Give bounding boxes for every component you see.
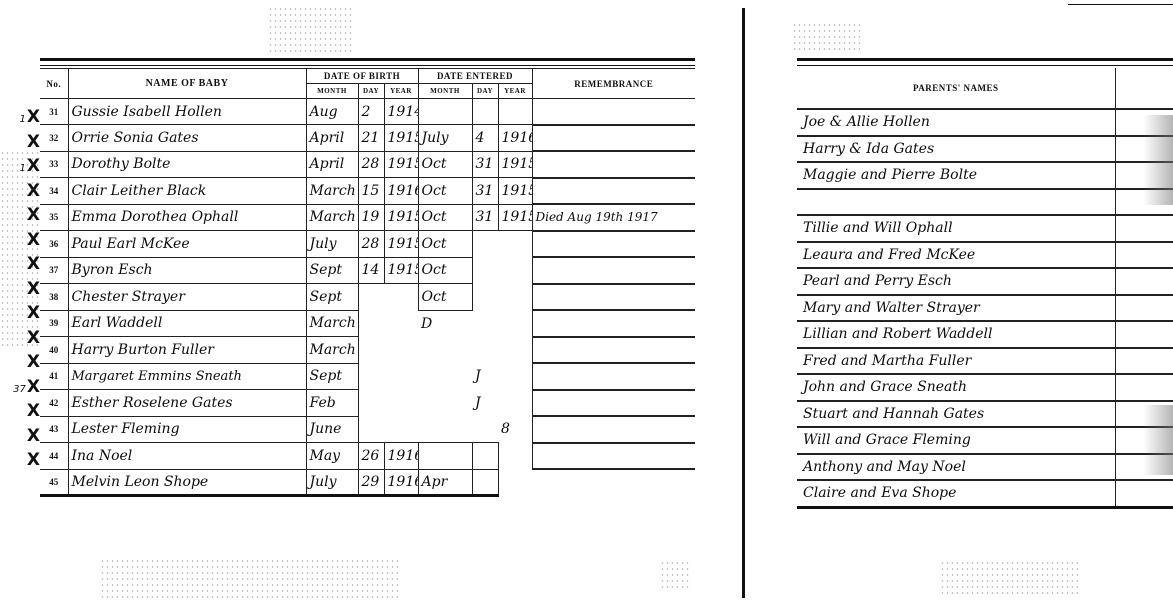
birth-month: Sept (306, 363, 358, 390)
entered-month: Oct (418, 204, 472, 231)
page-edge-shadow (1143, 115, 1173, 205)
remembrance (532, 310, 695, 337)
entered-day (472, 416, 498, 443)
birth-month: April (306, 151, 358, 178)
entered-month: Oct (418, 178, 472, 205)
register-row: 33 Dorothy Bolte April 28 1915 Oct 31 19… (40, 151, 695, 178)
entered-year (498, 363, 532, 390)
parents-name: Lillian and Robert Waddell (797, 321, 1115, 348)
entered-day: 4 (472, 125, 498, 152)
birth-year: 1916 (384, 469, 418, 496)
birth-year: 1915 (384, 125, 418, 152)
scan-noise (660, 560, 690, 588)
birth-day: 28 (358, 151, 384, 178)
page-edge-shadow (1143, 405, 1173, 475)
entered-year (498, 337, 532, 364)
remembrance (532, 443, 695, 470)
entry-number: 35 (40, 204, 68, 231)
register-row: 31 Gussie Isabell Hollen Aug 2 1914 (40, 99, 695, 125)
parents-row: Pearl and Perry Esch (797, 268, 1173, 295)
remembrance (532, 469, 695, 496)
header-entered-year: YEAR (498, 84, 532, 99)
entry-number: 39 (40, 310, 68, 337)
register-row: 40 Harry Burton Fuller March (40, 337, 695, 364)
ledger-scan: 1X X 1X X X X X X X X X 37X X X X No. (0, 0, 1173, 600)
header-birth-day: DAY (358, 84, 384, 99)
top-double-rule (40, 58, 695, 66)
baby-name: Dorothy Bolte (68, 151, 306, 178)
header-parents-names: PARENTS' NAMES (797, 68, 1115, 109)
birth-year: 1916 (384, 443, 418, 470)
birth-day (358, 363, 384, 390)
header-no: No. (40, 69, 68, 99)
entry-number: 41 (40, 363, 68, 390)
entered-year: 8 (498, 416, 532, 443)
register-row: 37 Byron Esch Sept 14 1915 Oct (40, 257, 695, 284)
birth-year (384, 310, 418, 337)
parents-name: Fred and Martha Fuller (797, 348, 1115, 375)
parents-row: Anthony and May Noel (797, 454, 1173, 481)
entered-day (472, 257, 498, 284)
remembrance (532, 390, 695, 417)
birth-day (358, 310, 384, 337)
birth-year: 1915 (384, 257, 418, 284)
parents-name: Harry & Ida Gates (797, 136, 1115, 163)
check-mark: X (6, 326, 40, 351)
birth-day: 15 (358, 178, 384, 205)
header-birth-year: YEAR (384, 84, 418, 99)
entered-day (472, 337, 498, 364)
parents-row: Claire and Eva Shope (797, 480, 1173, 507)
page-gutter (742, 8, 745, 598)
baby-name: Orrie Sonia Gates (68, 125, 306, 152)
parents-names-table: PARENTS' NAMES Joe & Allie Hollen Harry … (797, 58, 1173, 509)
entry-number: 37 (40, 257, 68, 284)
entered-month: D (418, 310, 472, 337)
parents-row: Stuart and Hannah Gates (797, 401, 1173, 428)
baby-name: Emma Dorothea Ophall (68, 204, 306, 231)
birth-year: 1916 (384, 178, 418, 205)
parents-row: Tillie and Will Ophall (797, 215, 1173, 242)
parents-name: Anthony and May Noel (797, 454, 1115, 481)
birth-day: 21 (358, 125, 384, 152)
birth-day (358, 416, 384, 443)
parents-row: Fred and Martha Fuller (797, 348, 1173, 375)
birth-year (384, 337, 418, 364)
check-mark: X (6, 130, 40, 155)
birth-day: 28 (358, 231, 384, 258)
register-row: 39 Earl Waddell March D (40, 310, 695, 337)
check-mark: X (6, 448, 40, 473)
extra-cell (1115, 242, 1173, 269)
extra-cell (1115, 374, 1173, 401)
entered-day (472, 99, 498, 125)
birth-month: Feb (306, 390, 358, 417)
register-row: 45 Melvin Leon Shope July 29 1916 Apr (40, 469, 695, 496)
header-date-entered: DATE ENTERED (418, 69, 532, 84)
baby-name: Paul Earl McKee (68, 231, 306, 258)
extra-cell (1115, 480, 1173, 507)
entered-month: Apr (418, 469, 472, 496)
birth-day (358, 390, 384, 417)
entry-number: 38 (40, 284, 68, 311)
baby-name: Margaret Emmins Sneath (68, 363, 306, 390)
remembrance: Died Aug 19th 1917 (532, 204, 695, 231)
entered-day: 31 (472, 204, 498, 231)
parents-name: Claire and Eva Shope (797, 480, 1115, 507)
entered-day: 31 (472, 178, 498, 205)
entered-year: 1915 (498, 151, 532, 178)
baby-name: Harry Burton Fuller (68, 337, 306, 364)
entered-month (418, 416, 472, 443)
birth-month: July (306, 469, 358, 496)
entry-number: 33 (40, 151, 68, 178)
birth-day: 26 (358, 443, 384, 470)
baby-name: Byron Esch (68, 257, 306, 284)
header-birth-month: MONTH (306, 84, 358, 99)
birth-year: 1915 (384, 151, 418, 178)
entered-day: J (472, 390, 498, 417)
birth-month: March (306, 337, 358, 364)
check-mark: 37X (6, 375, 40, 400)
entered-day: 31 (472, 151, 498, 178)
remembrance (532, 337, 695, 364)
entered-year (498, 390, 532, 417)
check-mark: 1X (6, 154, 40, 179)
header-extra-column (1115, 68, 1173, 109)
check-mark: X (6, 179, 40, 204)
parents-name: Tillie and Will Ophall (797, 215, 1115, 242)
entered-year (498, 310, 532, 337)
parents-row: Harry & Ida Gates (797, 136, 1173, 163)
entered-year: 1915 (498, 178, 532, 205)
parents-row: Leaura and Fred McKee (797, 242, 1173, 269)
birth-month: Sept (306, 284, 358, 311)
remembrance (532, 257, 695, 284)
remembrance (532, 151, 695, 178)
entry-number: 32 (40, 125, 68, 152)
birth-day: 2 (358, 99, 384, 125)
birth-year: 1915 (384, 204, 418, 231)
birth-month: March (306, 310, 358, 337)
margin-check-marks: 1X X 1X X X X X X X X X 37X X X X (6, 105, 40, 473)
register-row: 34 Clair Leither Black March 15 1916 Oct… (40, 178, 695, 205)
entry-number: 40 (40, 337, 68, 364)
entered-year (498, 231, 532, 258)
register-row: 32 Orrie Sonia Gates April 21 1915 July … (40, 125, 695, 152)
entered-month (418, 363, 472, 390)
remembrance (532, 284, 695, 311)
birth-year (384, 416, 418, 443)
entered-month: Oct (418, 231, 472, 258)
baby-name: Gussie Isabell Hollen (68, 99, 306, 125)
entered-month (418, 337, 472, 364)
birth-year: 1915 (384, 231, 418, 258)
check-mark: X (6, 399, 40, 424)
entered-year: 1916 (498, 125, 532, 152)
register-row: 35 Emma Dorothea Ophall March 19 1915 Oc… (40, 204, 695, 231)
entered-month (418, 390, 472, 417)
parents-name: Mary and Walter Strayer (797, 295, 1115, 322)
check-mark: X (6, 277, 40, 302)
birth-day: 29 (358, 469, 384, 496)
entered-day: J (472, 363, 498, 390)
birth-day: 19 (358, 204, 384, 231)
check-mark: 1X (6, 105, 40, 130)
birth-month: Aug (306, 99, 358, 125)
birth-month: March (306, 178, 358, 205)
header-name-of-baby: NAME OF BABY (68, 69, 306, 99)
birth-year (384, 363, 418, 390)
birth-month: July (306, 231, 358, 258)
birth-year (384, 390, 418, 417)
entry-number: 36 (40, 231, 68, 258)
parents-name: Will and Grace Fleming (797, 427, 1115, 454)
entered-year (498, 284, 532, 311)
parents-name: Leaura and Fred McKee (797, 242, 1115, 269)
birth-month: March (306, 204, 358, 231)
entered-day (472, 284, 498, 311)
remembrance (532, 125, 695, 152)
register-row: 44 Ina Noel May 26 1916 (40, 443, 695, 470)
scan-noise (792, 22, 862, 52)
entered-month: Oct (418, 257, 472, 284)
remembrance (532, 231, 695, 258)
birth-day (358, 337, 384, 364)
birth-year: 1914 (384, 99, 418, 125)
birth-month: Sept (306, 257, 358, 284)
baby-name: Esther Roselene Gates (68, 390, 306, 417)
baby-name: Chester Strayer (68, 284, 306, 311)
check-mark: X (6, 424, 40, 449)
parents-name (797, 189, 1115, 216)
baby-name: Lester Fleming (68, 416, 306, 443)
birth-month: June (306, 416, 358, 443)
top-right-rule (1068, 4, 1173, 5)
entered-year (498, 99, 532, 125)
remembrance (532, 363, 695, 390)
entered-month (418, 99, 472, 125)
entered-month: Oct (418, 284, 472, 311)
scan-noise (940, 560, 1080, 595)
entry-number: 42 (40, 390, 68, 417)
entered-day (472, 310, 498, 337)
entered-year (498, 443, 532, 470)
parents-row (797, 189, 1173, 216)
entry-number: 43 (40, 416, 68, 443)
register-row: 43 Lester Fleming June 8 (40, 416, 695, 443)
birth-register-table: No. NAME OF BABY DATE OF BIRTH DATE ENTE… (40, 58, 695, 497)
birth-day (358, 284, 384, 311)
parents-row: Will and Grace Fleming (797, 427, 1173, 454)
entered-day (472, 231, 498, 258)
entered-month (418, 443, 472, 470)
entry-number: 34 (40, 178, 68, 205)
remembrance (532, 99, 695, 125)
parents-name: Maggie and Pierre Bolte (797, 162, 1115, 189)
top-double-rule (797, 58, 1173, 66)
baby-name: Ina Noel (68, 443, 306, 470)
extra-cell (1115, 321, 1173, 348)
header-entered-month: MONTH (418, 84, 472, 99)
parents-row: John and Grace Sneath (797, 374, 1173, 401)
check-mark: X (6, 350, 40, 375)
parents-name: John and Grace Sneath (797, 374, 1115, 401)
baby-name: Clair Leither Black (68, 178, 306, 205)
extra-cell (1115, 215, 1173, 242)
entry-number: 45 (40, 469, 68, 496)
remembrance (532, 178, 695, 205)
header-date-of-birth: DATE OF BIRTH (306, 69, 418, 84)
birth-month: April (306, 125, 358, 152)
check-mark: X (6, 203, 40, 228)
entered-year (498, 257, 532, 284)
extra-cell (1115, 268, 1173, 295)
entry-number: 31 (40, 99, 68, 125)
check-mark: X (6, 252, 40, 277)
entered-day (472, 469, 498, 496)
register-row: 38 Chester Strayer Sept Oct (40, 284, 695, 311)
extra-cell (1115, 295, 1173, 322)
check-mark: X (6, 228, 40, 253)
entered-year: 1915 (498, 204, 532, 231)
register-row: 36 Paul Earl McKee July 28 1915 Oct (40, 231, 695, 258)
entered-day (472, 443, 498, 470)
parents-row: Mary and Walter Strayer (797, 295, 1173, 322)
entered-year (498, 469, 532, 496)
baby-name: Melvin Leon Shope (68, 469, 306, 496)
parents-name: Stuart and Hannah Gates (797, 401, 1115, 428)
entered-month: Oct (418, 151, 472, 178)
parents-name: Pearl and Perry Esch (797, 268, 1115, 295)
scan-noise (100, 558, 400, 598)
entered-month: July (418, 125, 472, 152)
birth-month: May (306, 443, 358, 470)
remembrance (532, 416, 695, 443)
parents-row: Lillian and Robert Waddell (797, 321, 1173, 348)
register-row: 42 Esther Roselene Gates Feb J (40, 390, 695, 417)
header-remembrance: REMEMBRANCE (532, 69, 695, 99)
birth-year (384, 284, 418, 311)
check-mark: X (6, 301, 40, 326)
parents-name: Joe & Allie Hollen (797, 109, 1115, 136)
extra-cell (1115, 348, 1173, 375)
register-row: 41 Margaret Emmins Sneath Sept J (40, 363, 695, 390)
birth-day: 14 (358, 257, 384, 284)
parents-row: Maggie and Pierre Bolte (797, 162, 1173, 189)
baby-name: Earl Waddell (68, 310, 306, 337)
entry-number: 44 (40, 443, 68, 470)
scan-noise (268, 6, 354, 54)
parents-row: Joe & Allie Hollen (797, 109, 1173, 136)
header-entered-day: DAY (472, 84, 498, 99)
